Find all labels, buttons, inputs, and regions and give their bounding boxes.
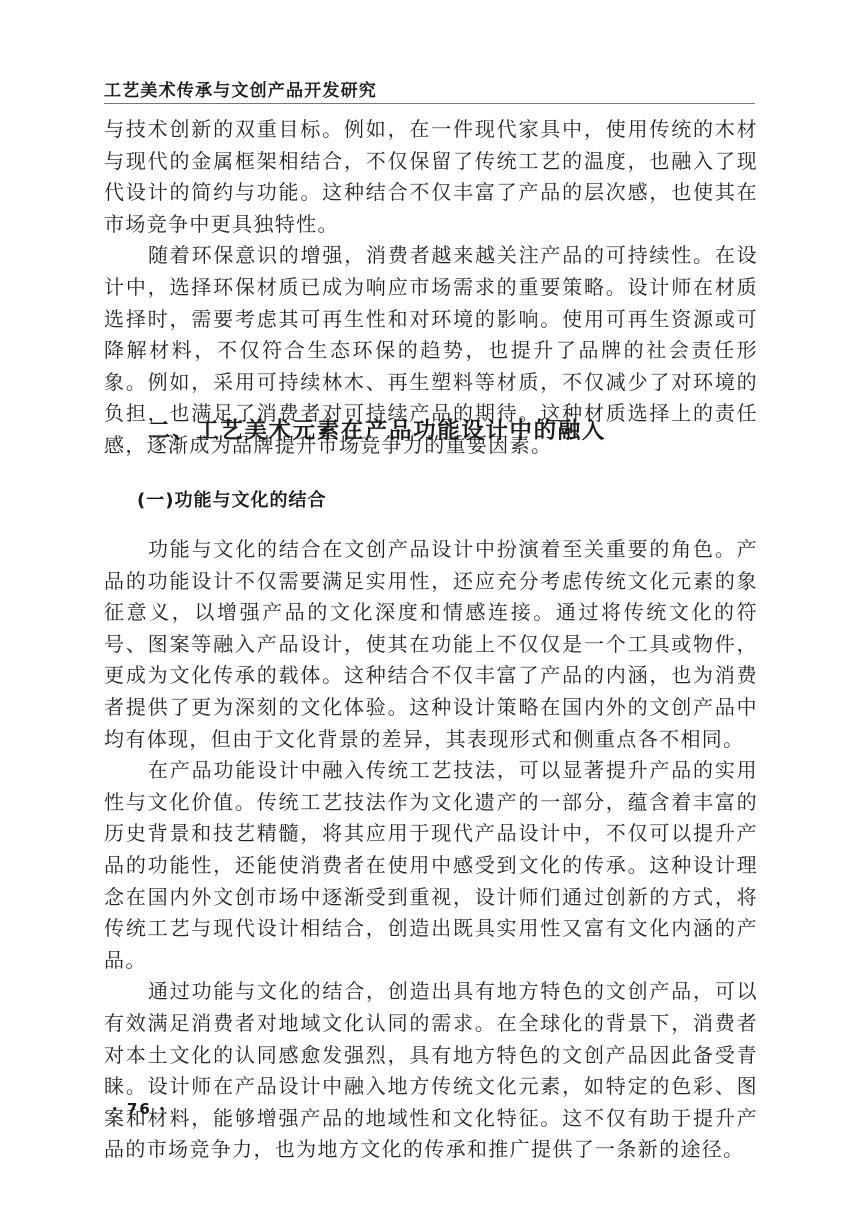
subsection-heading: (一)功能与文化的结合 xyxy=(137,486,326,512)
page-number: · 76 · xyxy=(112,1100,167,1118)
paragraph: 与技术创新的双重目标。例如，在一件现代家具中，使用传统的木材与现代的金属框架相结… xyxy=(104,114,758,240)
paragraph: 在产品功能设计中融入传统工艺技法，可以显著提升产品的实用性与文化价值。传统工艺技… xyxy=(104,755,758,976)
section-heading: 二、工艺美术元素在产品功能设计中的融入 xyxy=(148,413,606,445)
body-text-block-1: 与技术创新的双重目标。例如，在一件现代家具中，使用传统的木材与现代的金属框架相结… xyxy=(104,114,758,462)
body-text-block-2: 功能与文化的结合在文创产品设计中扮演着至关重要的角色。产品的功能设计不仅需要满足… xyxy=(104,534,758,1166)
header-rule xyxy=(104,103,755,104)
running-head-title: 工艺美术传承与文创产品开发研究 xyxy=(104,76,377,101)
paragraph: 功能与文化的结合在文创产品设计中扮演着至关重要的角色。产品的功能设计不仅需要满足… xyxy=(104,534,758,755)
paragraph: 通过功能与文化的结合，创造出具有地方特色的文创产品，可以有效满足消费者对地域文化… xyxy=(104,976,758,1166)
